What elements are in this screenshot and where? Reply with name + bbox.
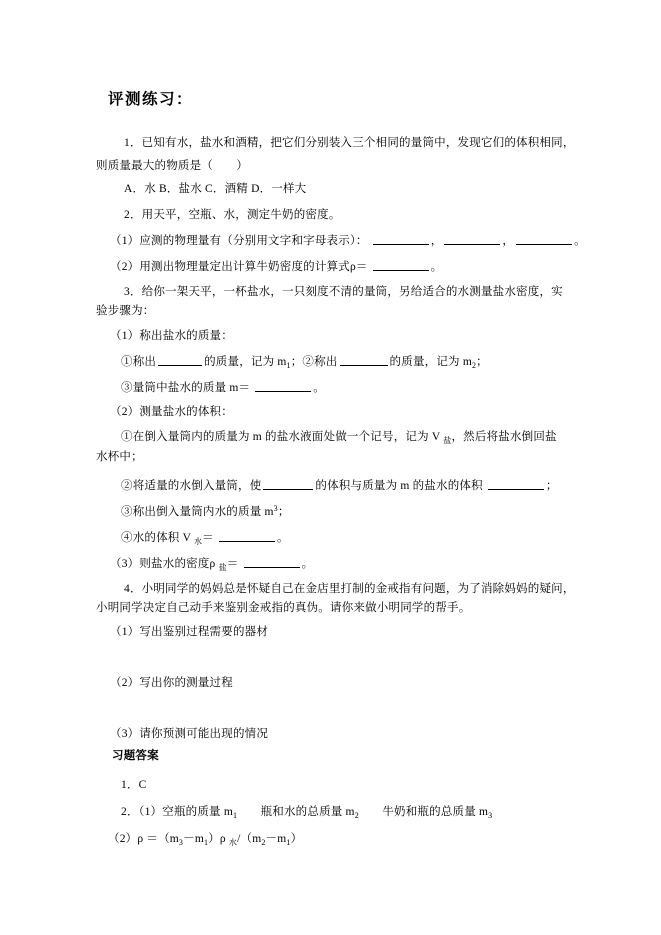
question-1-line1: 1．已知有水，盐水和酒精，把它们分别装入三个相同的量筒中，发现它们的体积相同， (124, 136, 575, 151)
text-segment: （2）写出你的测量过程 (110, 677, 233, 689)
text-segment: ①在倒入量筒内的质量为 m 的盐水液面处做一个记号，记为 V (121, 431, 443, 443)
text-segment: 水杯中； (96, 451, 143, 463)
text-segment: （2）测量盐水的体积： (110, 406, 233, 418)
text-segment: －m (266, 833, 287, 845)
text-segment: 则质量最大的物质是（ ） (96, 160, 248, 172)
text-segment: ， (431, 235, 443, 247)
text-segment: 。 (574, 235, 586, 247)
subscript-text: 水 (194, 537, 202, 546)
question-1-line2: 则质量最大的物质是（ ） (96, 159, 248, 174)
fill-in-blank (263, 478, 313, 490)
text-segment: 。 (431, 261, 443, 273)
text-segment: 的质量，记为 m (390, 356, 472, 368)
text-segment: 的体积与质量为 m 的盐水的体积 (315, 480, 485, 492)
text-segment: 1．C (121, 779, 147, 791)
q3-step1-items1-2: ①称出的质量，记为 m1；②称出的质量，记为 m2； (121, 354, 488, 370)
text-segment: 3．给你一架天平，一杯盐水，一只刻度不清的量筒，另给适合的水测量盐水密度，实 (124, 286, 563, 298)
text-segment: ②将适量的水倒入量筒，使 (121, 480, 261, 492)
text-segment: （1）写出鉴别过程需要的器材 (110, 626, 268, 638)
fill-in-blank (219, 530, 275, 542)
text-segment: 2．（1）空瓶的质量 m (121, 806, 233, 818)
text-segment: 小明同学决定自己动手来鉴别金戒指的真伪。请你来做小明同学的帮手。 (96, 602, 470, 614)
answers-heading: 习题答案 (112, 749, 159, 764)
subscript-text: 水 (229, 838, 237, 847)
text-segment: 。 (313, 382, 325, 394)
text-segment: 1．已知有水，盐水和酒精，把它们分别装入三个相同的量筒中，发现它们的体积相同， (124, 137, 575, 149)
q3-step1-head: （1）称出盐水的质量： (110, 329, 233, 344)
text-segment: ， (502, 235, 514, 247)
question-2: 2．用天平，空瓶、水，测定牛奶的密度。 (124, 208, 341, 223)
q3-step1-item3: ③量筒中盐水的质量 m＝ 。 (121, 380, 325, 396)
question-3-line2: 验步骤为： (96, 304, 155, 319)
q3-step2-item3: ③称出倒入量筒内水的质量 m3； (121, 505, 290, 520)
q4-part3: （3）请你预测可能出现的情况 (110, 727, 268, 742)
q2-part1: （1）应测的物理量有（分别用文字和字母表示）： ，，。 (110, 233, 586, 249)
text-segment: 2．用天平，空瓶、水，测定牛奶的密度。 (124, 209, 341, 221)
text-segment: （3）请你预测可能出现的情况 (110, 728, 268, 740)
text-segment: （1）称出盐水的质量： (110, 330, 233, 342)
text-segment: 评测练习： (108, 91, 193, 108)
doc-title: 评测练习： (108, 92, 193, 107)
text-segment: ； (476, 356, 488, 368)
q3-step2-item1-line1: ①在倒入量筒内的质量为 m 的盐水液面处做一个记号，记为 V 盐，然后将盐水倒回… (121, 430, 557, 445)
fill-in-blank (516, 233, 572, 245)
q3-step2-head: （2）测量盐水的体积： (110, 405, 233, 420)
question-4-line1: 4．小明同学的妈妈总是怀疑自己在金店里打制的金戒指有问题，为了消除妈妈的疑问， (124, 582, 575, 597)
fill-in-blank (158, 354, 202, 366)
text-segment: ） (291, 833, 303, 845)
fill-in-blank (488, 478, 544, 490)
fill-in-blank (444, 233, 500, 245)
question-4-line2: 小明同学决定自己动手来鉴别金戒指的真伪。请你来做小明同学的帮手。 (96, 601, 470, 616)
text-segment: 牛奶和瓶的总质量 m (359, 806, 488, 818)
text-segment: A．水 B．盐水 C．酒精 D．一样大 (124, 183, 306, 195)
text-segment: （2）ρ ＝（m (108, 833, 179, 845)
fill-in-blank (373, 259, 429, 271)
fill-in-blank (244, 556, 300, 568)
text-segment: ； (278, 506, 290, 518)
text-segment: ④水的体积 V (121, 532, 194, 544)
text-segment: 。 (302, 558, 314, 570)
q3-step2-item4: ④水的体积 V 水＝ 。 (121, 530, 289, 546)
question-1-options: A．水 B．盐水 C．酒精 D．一样大 (124, 182, 306, 197)
text-segment: ；②称出 (291, 356, 338, 368)
text-segment: ＝ (202, 532, 217, 544)
text-segment: ，然后将盐水倒回盐 (451, 431, 556, 443)
q4-part1: （1）写出鉴别过程需要的器材 (110, 625, 268, 640)
text-segment: （3）则盐水的密度ρ (110, 558, 219, 570)
q4-part2: （2）写出你的测量过程 (110, 676, 233, 691)
text-segment: －m (183, 833, 204, 845)
text-segment: /（m (237, 833, 261, 845)
fill-in-blank (255, 380, 311, 392)
text-segment: ③称出倒入量筒内水的质量 m (121, 506, 274, 518)
q2-part2: （2）用测出物理量定出计算牛奶密度的计算式ρ＝ 。 (110, 259, 442, 275)
fill-in-blank (373, 233, 429, 245)
answer-2-part1: 2．（1）空瓶的质量 m1 瓶和水的总质量 m2 牛奶和瓶的总质量 m3 (121, 805, 492, 820)
subscript-text: 3 (488, 811, 492, 820)
text-segment: 瓶和水的总质量 m (237, 806, 355, 818)
text-segment: 习题答案 (112, 750, 159, 762)
answer-2-part2: （2）ρ ＝（m3－m1）ρ 水/（m2－m1） (108, 832, 302, 847)
answer-1: 1．C (121, 778, 147, 793)
text-segment: （2）用测出物理量定出计算牛奶密度的计算式ρ＝ (110, 261, 371, 273)
text-segment: ＝ (227, 558, 242, 570)
q3-step2-item1-line2: 水杯中； (96, 450, 143, 465)
text-segment: ①称出 (121, 356, 156, 368)
fill-in-blank (340, 354, 388, 366)
text-segment: 验步骤为： (96, 305, 155, 317)
text-segment: ； (546, 480, 558, 492)
text-segment: ③量筒中盐水的质量 m＝ (121, 382, 253, 394)
question-3-line1: 3．给你一架天平，一杯盐水，一只刻度不清的量筒，另给适合的水测量盐水密度，实 (124, 285, 563, 300)
text-segment: ）ρ (208, 833, 229, 845)
q3-part3: （3）则盐水的密度ρ 盐＝ 。 (110, 556, 313, 572)
text-segment: 。 (277, 532, 289, 544)
q3-step2-item2: ②将适量的水倒入量筒，使的体积与质量为 m 的盐水的体积 ； (121, 478, 558, 494)
text-segment: 的质量，记为 m (204, 356, 286, 368)
document-page: 评测练习：1．已知有水，盐水和酒精，把它们分别装入三个相同的量筒中，发现它们的体… (0, 0, 661, 935)
text-segment: 4．小明同学的妈妈总是怀疑自己在金店里打制的金戒指有问题，为了消除妈妈的疑问， (124, 583, 575, 595)
text-segment: （1）应测的物理量有（分别用文字和字母表示）： (110, 235, 371, 247)
subscript-text: 盐 (219, 563, 227, 572)
